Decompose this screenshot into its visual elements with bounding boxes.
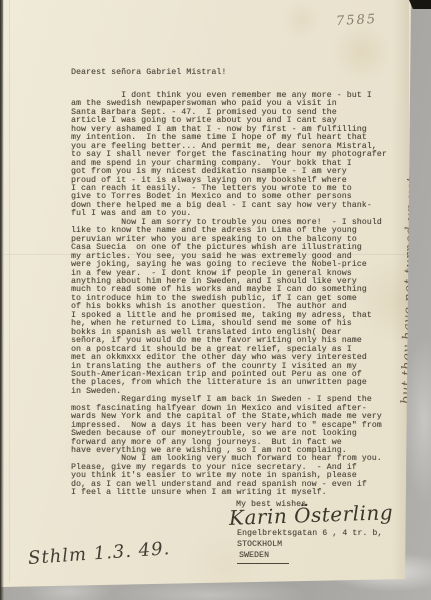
address-city: STOCKHOLM (237, 539, 382, 550)
scanned-letter-page: Dearest señora Gabriel Mistral! I dont t… (0, 0, 431, 600)
address-block: Engelbrektsgatan 6 , 4 tr. b, STOCKHOLM … (237, 528, 382, 564)
letter-body: I dont think you even remember me any mo… (71, 92, 401, 498)
archive-number-note: 7585 (336, 12, 378, 29)
paragraph: I dont think you even remember me any mo… (71, 92, 401, 219)
left-edge-shadow (0, 0, 4, 600)
paragraph: Now I am looking very much forward to he… (71, 455, 401, 497)
paper-sheet: Dearest señora Gabriel Mistral! I dont t… (0, 0, 431, 600)
address-street: Engelbrektsgatan 6 , 4 tr. b, (237, 528, 382, 539)
handwritten-signature: Karin Österling (229, 500, 394, 530)
letter-greeting: Dearest señora Gabriel Mistral! (71, 69, 226, 77)
paragraph: Regarding myself I am back in Sweden - I… (71, 396, 401, 455)
fold-crease-vertical (9, 0, 10, 583)
handwritten-date-note: Sthlm 1.3. 49. (27, 538, 171, 569)
top-right-corner-wedge (409, 0, 431, 9)
paragraph: Now I am sorry to trouble you ones more!… (71, 219, 401, 397)
address-country: SWEDEN (237, 550, 289, 563)
typed-line: I feel a little unsure when I am writing… (71, 489, 401, 497)
